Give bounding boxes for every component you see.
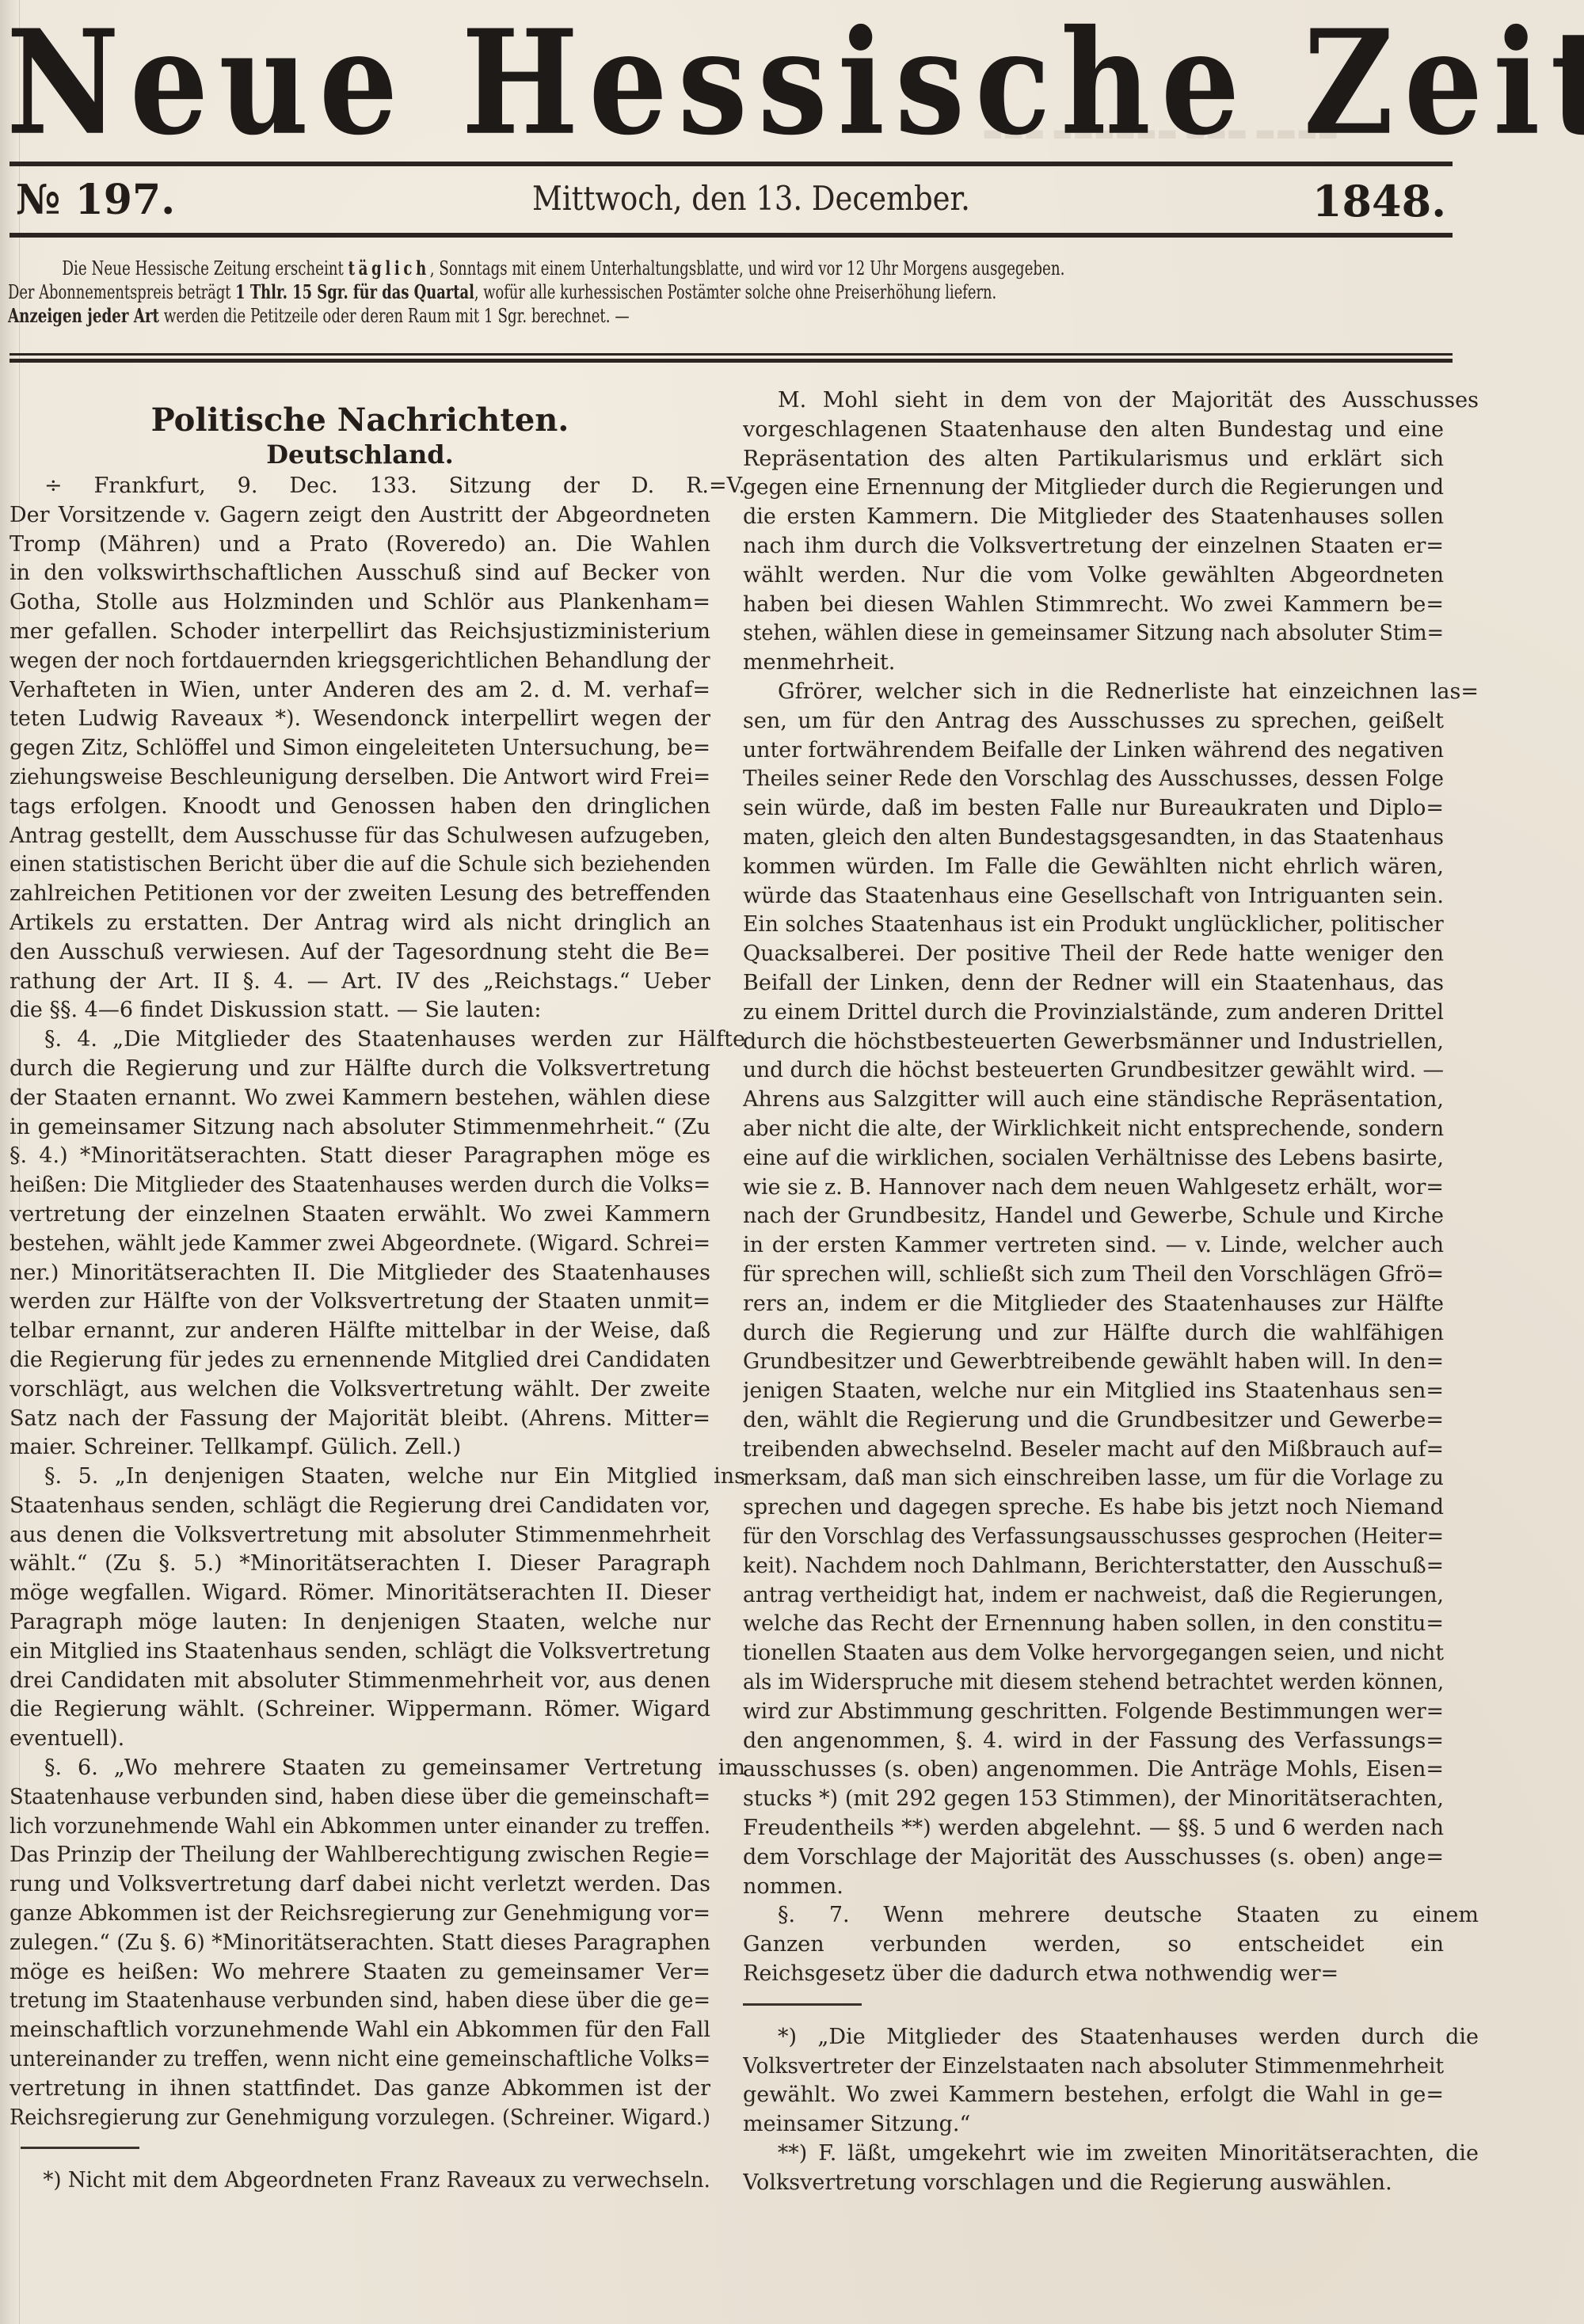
article-line: vertretung der einzelnen Staaten erwählt… <box>10 1200 710 1230</box>
article-line: rers an, indem er die Mitglieder des Sta… <box>743 1290 1444 1319</box>
article-line: nach ihm durch die Volksvertretung der e… <box>743 532 1444 561</box>
article-line: tags erfolgen. Knoodt und Genossen haben… <box>10 793 710 822</box>
article-line: lich vorzunehmende Wahl ein Abkommen unt… <box>10 1812 710 1842</box>
article-line: für sprechen will, schließt sich zum The… <box>743 1261 1444 1290</box>
article-line: gegen eine Ernennung der Mitglieder durc… <box>743 474 1444 503</box>
article-line: Reichsregierung zur Genehmigung vorzuleg… <box>10 2104 710 2133</box>
article-line: drei Candidaten mit absoluter Stimmenmeh… <box>10 1667 710 1696</box>
article-line: gegen Zitz, Schlöffel und Simon eingelei… <box>10 734 710 763</box>
article-line: nommen. <box>743 1873 1444 1902</box>
article-line: zu einem Drittel durch die Provinzialstä… <box>743 998 1444 1028</box>
article-line: durch die Regierung und zur Hälfte durch… <box>10 1055 710 1084</box>
article-line: den angenommen, §. 4. wird in der Fassun… <box>743 1727 1444 1756</box>
article-line: §. 4. „Die Mitglieder des Staatenhauses … <box>10 1025 745 1055</box>
article-line: Grundbesitzer und Gewerbtreibende gewähl… <box>743 1348 1444 1377</box>
article-line: Freudentheils **) werden abgelehnt. — §§… <box>743 1814 1444 1843</box>
article-line: telbar ernannt, zur anderen Hälfte mitte… <box>10 1317 710 1346</box>
article-line: antrag vertheidigt hat, indem er nachwei… <box>743 1581 1444 1611</box>
article-line: Quacksalberei. Der positive Theil der Re… <box>743 940 1444 969</box>
article-line: haben bei diesen Wahlen Stimmrecht. Wo z… <box>743 591 1444 620</box>
article-line: in der ersten Kammer vertreten sind. — v… <box>743 1231 1444 1261</box>
article-line: §. 5. „In denjenigen Staaten, welche nur… <box>10 1462 745 1492</box>
article-line: sein würde, daß im besten Falle nur Bure… <box>743 794 1444 823</box>
header-double-rule-top <box>10 353 1453 356</box>
masthead-rule-bottom <box>10 233 1453 238</box>
article-line: durch die höchstbesteuerten Gewerbsmänne… <box>743 1028 1444 1057</box>
article-line: Ahrens aus Salzgitter will auch eine stä… <box>743 1086 1444 1115</box>
article-line: zahlreichen Petitionen vor der zweiten L… <box>10 880 710 909</box>
article-line: wegen der noch fortdauernden kriegsgeric… <box>10 647 710 676</box>
article-line: vertretung in ihnen stattfindet. Das gan… <box>10 2075 710 2104</box>
article-line: ganze Abkommen ist der Reichsregierung z… <box>10 1900 710 1929</box>
left-column-body: ÷ Frankfurt, 9. Dec. 133. Sitzung der D.… <box>10 472 710 2132</box>
footnote-line: **) F. läßt, umgekehrt wie im zweiten Mi… <box>743 2140 1479 2169</box>
article-line: meinschaftlich vorzunehmende Wahl ein Ab… <box>10 2016 710 2045</box>
article-line: wie sie z. B. Hannover nach dem neuen Wa… <box>743 1173 1444 1203</box>
article-line: menmehrheit. <box>743 649 1444 678</box>
article-line: ziehungsweise Beschleunigung derselben. … <box>10 763 710 793</box>
footnote-rule <box>21 2147 139 2149</box>
subscription-line-3: Anzeigen jeder Art werden die Petitzeile… <box>8 304 1105 328</box>
article-line: Repräsentation des alten Partikularismus… <box>743 445 1444 474</box>
article-line: Ein solches Staatenhaus ist ein Produkt … <box>743 911 1444 940</box>
article-line: maten, gleich den alten Bundestagsgesand… <box>743 823 1444 853</box>
header-double-rule-bottom <box>10 359 1453 363</box>
article-line: Artikels zu erstatten. Der Antrag wird a… <box>10 909 710 938</box>
article-line: ein Mitglied ins Staatenhaus senden, sch… <box>10 1637 710 1667</box>
article-line: nach der Grundbesitz, Handel und Gewerbe… <box>743 1202 1444 1231</box>
footnote-line: Volksvertreter der Einzelstaaten nach ab… <box>743 2052 1444 2082</box>
footnote-rule <box>743 2003 862 2006</box>
article-line: durch die Regierung und zur Hälfte durch… <box>743 1319 1444 1348</box>
article-line: Der Vorsitzende v. Gagern zeigt den Aust… <box>10 501 710 531</box>
article-line: eine auf die wirklichen, socialen Verhäl… <box>743 1144 1444 1173</box>
article-line: vorschlägt, aus welchen die Volksvertret… <box>10 1375 710 1405</box>
issue-number: № 197. <box>16 176 175 224</box>
section-subheading: Deutschland. <box>10 439 710 470</box>
article-line: merksam, daß man sich einschreiben lasse… <box>743 1464 1444 1493</box>
article-line: Staatenhause verbunden sind, haben diese… <box>10 1783 710 1812</box>
right-column-body: M. Mohl sieht in dem von der Majorität d… <box>743 386 1444 1989</box>
article-line: Reichsgesetz über die dadurch etwa nothw… <box>743 1960 1444 1989</box>
article-line: vorgeschlagenen Staatenhause den alten B… <box>743 416 1444 445</box>
article-line: möge es heißen: Wo mehrere Staaten zu ge… <box>10 1958 710 1987</box>
article-line: die Regierung wählt. (Schreiner. Wipperm… <box>10 1695 710 1725</box>
article-line: ausschusses (s. oben) angenommen. Die An… <box>743 1755 1444 1785</box>
article-line: tretung im Staatenhause verbunden sind, … <box>10 1987 710 2016</box>
right-column: M. Mohl sieht in dem von der Majorität d… <box>743 386 1444 2198</box>
article-line: kommen würden. Im Falle die Gewählten ni… <box>743 853 1444 882</box>
left-column-footnotes: *) Nicht mit dem Abgeordneten Franz Rave… <box>10 2166 710 2196</box>
article-line: Verhafteten in Wien, unter Anderen des a… <box>10 676 710 706</box>
article-line: untereinander zu treffen, wenn nicht ein… <box>10 2045 710 2075</box>
article-line: §. 4.) *Minoritätserachten. Statt dieser… <box>10 1142 710 1171</box>
subscription-line-2: Der Abonnementspreis beträgt 1 Thlr. 15 … <box>8 280 1083 304</box>
article-line: aber nicht die alte, der Wirklichkeit ni… <box>743 1115 1444 1144</box>
article-line: der Staaten ernannt. Wo zwei Kammern bes… <box>10 1084 710 1113</box>
article-line: Ganzen verbunden werden, so entscheidet … <box>743 1930 1444 1960</box>
article-line: den Ausschuß verwiesen. Auf der Tagesord… <box>10 938 710 968</box>
article-line: §. 7. Wenn mehrere deutsche Staaten zu e… <box>743 1901 1479 1930</box>
article-line: den, wählt die Regierung und die Grundbe… <box>743 1406 1444 1436</box>
article-line: treibenden abwechselnd. Beseler macht au… <box>743 1436 1444 1465</box>
article-line: für den Vorschlag des Verfassungsausschu… <box>743 1523 1444 1552</box>
article-line: Antrag gestellt, dem Ausschusse für das … <box>10 822 710 851</box>
article-line: ÷ Frankfurt, 9. Dec. 133. Sitzung der D.… <box>10 472 745 501</box>
subscription-line-1: Die Neue Hessische Zeitung erscheint täg… <box>8 257 1105 280</box>
newspaper-title: Neue Hessische Zeitung. <box>6 6 1584 159</box>
masthead: Neue Hessische Zeitung. <box>6 11 1456 154</box>
article-line: in den volkswirthschaftlichen Ausschuß s… <box>10 559 710 588</box>
issue-bar: № 197. Mittwoch, den 13. December. 1848. <box>10 173 1451 228</box>
footnote-line: gewählt. Wo zwei Kammern bestehen, erfol… <box>743 2081 1444 2110</box>
article-line: keit). Nachdem noch Dahlmann, Berichters… <box>743 1552 1444 1581</box>
issue-year: 1848. <box>1312 176 1446 226</box>
issue-date: Mittwoch, den 13. December. <box>532 179 970 218</box>
article-line: Gotha, Stolle aus Holzminden und Schlör … <box>10 588 710 618</box>
article-line: dem Vorschlage der Majorität des Ausschu… <box>743 1843 1444 1873</box>
article-line: heißen: Die Mitglieder des Staatenhauses… <box>10 1171 710 1200</box>
article-line: wählt.“ (Zu §. 5.) *Minoritätserachten I… <box>10 1550 710 1579</box>
left-column: Politische Nachrichten. Deutschland. ÷ F… <box>10 396 710 2196</box>
article-line: welche das Recht der Ernennung haben sol… <box>743 1610 1444 1639</box>
article-line: mer gefallen. Schoder interpellirt das R… <box>10 618 710 647</box>
article-line: Tromp (Mähren) und a Prato (Roveredo) an… <box>10 531 710 560</box>
article-line: werden zur Hälfte von der Volksvertretun… <box>10 1288 710 1317</box>
article-line: rathung der Art. II §. 4. — Art. IV des … <box>10 968 710 997</box>
article-line: wird zur Abstimmung geschritten. Folgend… <box>743 1698 1444 1727</box>
article-line: tionellen Staaten aus dem Volke hervorge… <box>743 1639 1444 1668</box>
article-line: würde das Staatenhaus eine Gesellschaft … <box>743 882 1444 911</box>
article-line: einen statistischen Bericht über die auf… <box>10 850 710 880</box>
article-line: §. 6. „Wo mehrere Staaten zu gemeinsamer… <box>10 1754 745 1783</box>
article-line: aus denen die Volksvertretung mit absolu… <box>10 1521 710 1550</box>
article-line: die §§. 4—6 findet Diskussion statt. — S… <box>10 996 710 1025</box>
footnote-line: meinsamer Sitzung.“ <box>743 2110 1444 2140</box>
footnote-line: Volksvertretung vorschlagen und die Regi… <box>743 2169 1444 2198</box>
article-line: Theiles seiner Rede den Vorschlag des Au… <box>743 765 1444 794</box>
article-line: Satz nach der Fassung der Majorität blei… <box>10 1405 710 1434</box>
footnote-line: *) Nicht mit dem Abgeordneten Franz Rave… <box>10 2166 744 2196</box>
article-line: sprechen und dagegen spreche. Es habe bi… <box>743 1493 1444 1523</box>
article-line: M. Mohl sieht in dem von der Majorität d… <box>743 386 1479 416</box>
right-column-footnotes: *) „Die Mitglieder des Staatenhauses wer… <box>743 2023 1444 2198</box>
article-line: rung und Volksvertretung darf dabei nich… <box>10 1870 710 1900</box>
article-line: Paragraph möge lauten: In denjenigen Sta… <box>10 1608 710 1637</box>
article-line: und durch die höchst besteuerten Grundbe… <box>743 1056 1444 1086</box>
article-line: ner.) Minoritätserachten II. Die Mitglie… <box>10 1259 710 1288</box>
article-line: die Regierung für jedes zu ernennende Mi… <box>10 1346 710 1375</box>
article-line: bestehen, wählt jede Kammer zwei Abgeord… <box>10 1230 710 1259</box>
article-line: Staatenhaus senden, schlägt die Regierun… <box>10 1492 710 1521</box>
article-line: zulegen.“ (Zu §. 6) *Minoritätserachten.… <box>10 1929 710 1958</box>
article-line: möge wegfallen. Wigard. Römer. Minorität… <box>10 1579 710 1608</box>
article-line: in gemeinsamer Sitzung nach absoluter St… <box>10 1113 710 1143</box>
article-line: die ersten Kammern. Die Mitglieder des S… <box>743 503 1444 532</box>
article-line: als im Widerspruche mit diesem stehend b… <box>743 1668 1444 1698</box>
subscription-notice: Die Neue Hessische Zeitung erscheint täg… <box>8 257 1451 328</box>
article-line: stucks *) (mit 292 gegen 153 Stimmen), d… <box>743 1785 1444 1814</box>
article-line: unter fortwährendem Beifalle der Linken … <box>743 736 1444 766</box>
article-line: wählt werden. Nur die vom Volke gewählte… <box>743 561 1444 591</box>
article-line: stehen, wählen diese in gemeinsamer Sitz… <box>743 619 1444 649</box>
article-line: Beifall der Linken, denn der Redner will… <box>743 969 1444 998</box>
article-line: sen, um für den Antrag des Ausschusses z… <box>743 707 1444 736</box>
footnote-line: *) „Die Mitglieder des Staatenhauses wer… <box>743 2023 1479 2052</box>
article-line: maier. Schreiner. Tellkampf. Gülich. Zel… <box>10 1433 710 1462</box>
article-line: Das Prinzip der Theilung der Wahlberecht… <box>10 1841 710 1870</box>
article-line: eventuell). <box>10 1725 710 1754</box>
masthead-rule-top <box>10 162 1453 166</box>
section-heading: Politische Nachrichten. <box>10 402 710 439</box>
article-line: teten Ludwig Raveaux *). Wesendonck inte… <box>10 705 710 734</box>
article-line: jenigen Staaten, welche nur ein Mitglied… <box>743 1377 1444 1406</box>
article-line: Gfrörer, welcher sich in die Rednerliste… <box>743 678 1479 707</box>
